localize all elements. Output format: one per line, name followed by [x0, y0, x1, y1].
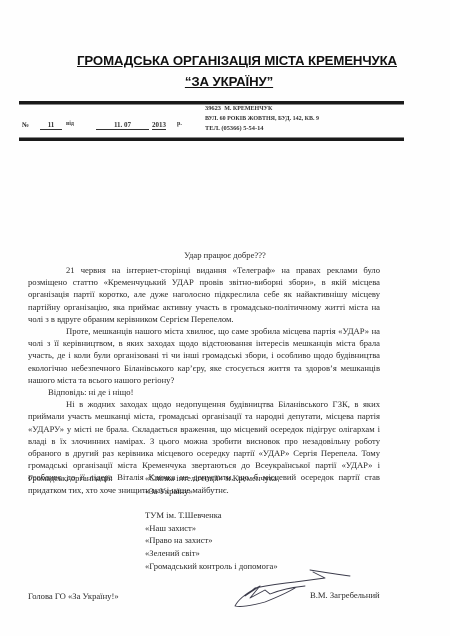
registration-date: 11. 07: [96, 121, 149, 130]
paragraph-answer: Відповідь: ні де і ніщо!: [28, 386, 380, 398]
registration-from-label: від: [66, 121, 74, 127]
registration-year-suffix: р.: [177, 121, 182, 127]
org-address: 39623 М. КРЕМЕНЧУК ВУЛ. 60 РОКІВ ЖОВТНЯ,…: [205, 104, 319, 134]
paragraph-1: 21 червня на інтернет-сторінці видання «…: [28, 264, 380, 325]
org-name-line2: “ЗА УКРАЇНУ”: [4, 74, 450, 89]
letter-body: 21 червня на інтернет-сторінці видання «…: [28, 264, 380, 496]
organization-item: «За Україну»: [145, 485, 278, 498]
signatory-name: В.М. Загребельний: [310, 590, 380, 600]
city: М. КРЕМЕНЧУК: [224, 106, 272, 112]
organization-item: «Зелений світ»: [145, 547, 278, 560]
letter-page: ГРОМАДСЬКА ОРГАНІЗАЦІЯ МІСТА КРЕМЕНЧУКА …: [0, 0, 450, 636]
registration-year: 2013: [152, 121, 166, 130]
organizations-list: «Спілка інтелігенції» м Кременчука «За У…: [145, 472, 278, 572]
org-name-line1: ГРОМАДСЬКА ОРГАНІЗАЦІЯ МІСТА КРЕМЕНЧУКА: [12, 53, 450, 68]
postal-index: 39623: [205, 105, 221, 112]
organization-item: «Право на захист»: [145, 534, 278, 547]
letter-heading: Удар працює добре???: [0, 250, 450, 260]
signatory-role: Голова ГО «За Україну!»: [28, 591, 119, 601]
street-address: ВУЛ. 60 РОКІВ ЖОВТНЯ, БУД. 142, КВ. 9: [205, 114, 319, 124]
paragraph-2: Проте, мешканців нашого міста хвилює, що…: [28, 325, 380, 386]
registration-number-label: №: [22, 121, 29, 129]
organization-item: «Наш захист»: [145, 522, 278, 535]
registration-number: 11: [40, 121, 62, 130]
organization-item: «Спілка інтелігенції» м Кременчука: [145, 472, 278, 485]
letterhead-rule-bottom: [19, 138, 404, 141]
organization-item: ТУМ ім. Т.Шевченка: [145, 509, 278, 522]
organizations-label: Громадські організації:: [28, 472, 113, 485]
phone: ТЕЛ. (05366) 5-54-14: [205, 124, 319, 134]
